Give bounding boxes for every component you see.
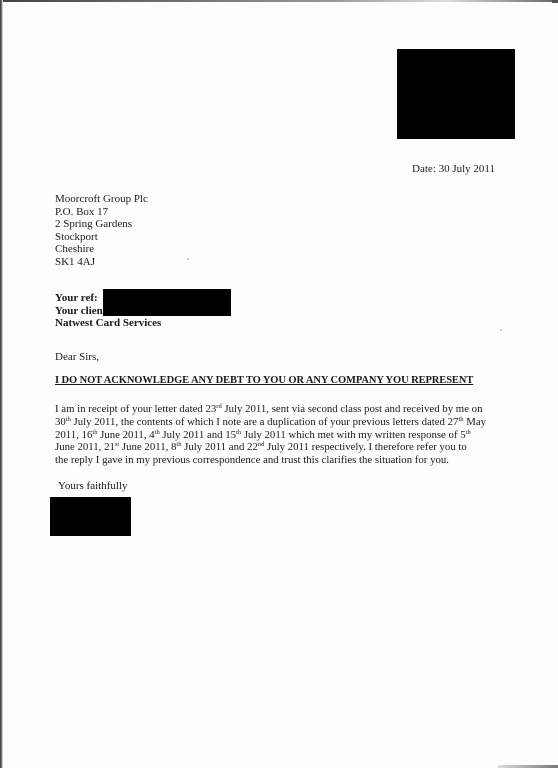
letter-body: I am in receipt of your letter dated 23r… xyxy=(55,403,500,467)
address-line: P.O. Box 17 xyxy=(55,206,148,219)
scan-speck xyxy=(500,329,502,331)
scan-speck xyxy=(187,258,189,260)
scanned-letter-page: Date: 30 July 2011 Moorcroft Group Plc P… xyxy=(0,0,558,768)
scan-edge-top xyxy=(0,0,558,2)
body-line: 2011, 16th June 2011, 4th July 2011 and … xyxy=(55,429,500,442)
body-line: the reply I gave in my previous correspo… xyxy=(55,454,500,467)
address-line: Cheshire xyxy=(55,243,148,256)
letter-date: Date: 30 July 2011 xyxy=(412,163,495,176)
scan-edge-left xyxy=(0,0,3,768)
body-line: 30th July 2011, the contents of which I … xyxy=(55,416,500,429)
address-line: Stockport xyxy=(55,231,148,244)
address-line: Moorcroft Group Plc xyxy=(55,193,148,206)
address-line: SK1 4AJ xyxy=(55,256,148,269)
address-line: 2 Spring Gardens xyxy=(55,218,148,231)
recipient-address: Moorcroft Group Plc P.O. Box 17 2 Spring… xyxy=(55,193,148,268)
client-name: Natwest Card Services xyxy=(55,317,161,330)
letter-heading: I DO NOT ACKNOWLEDGE ANY DEBT TO YOU OR … xyxy=(55,375,473,388)
body-line: June 2011, 21st June 2011, 8th July 2011… xyxy=(55,441,500,454)
redaction-reference xyxy=(103,289,231,316)
salutation: Dear Sirs, xyxy=(55,351,99,364)
body-line: I am in receipt of your letter dated 23r… xyxy=(55,403,500,416)
redaction-signature xyxy=(50,497,131,536)
closing: Yours faithfully xyxy=(58,480,127,493)
scan-edge-corner xyxy=(552,0,558,3)
redaction-sender-block xyxy=(397,49,515,139)
